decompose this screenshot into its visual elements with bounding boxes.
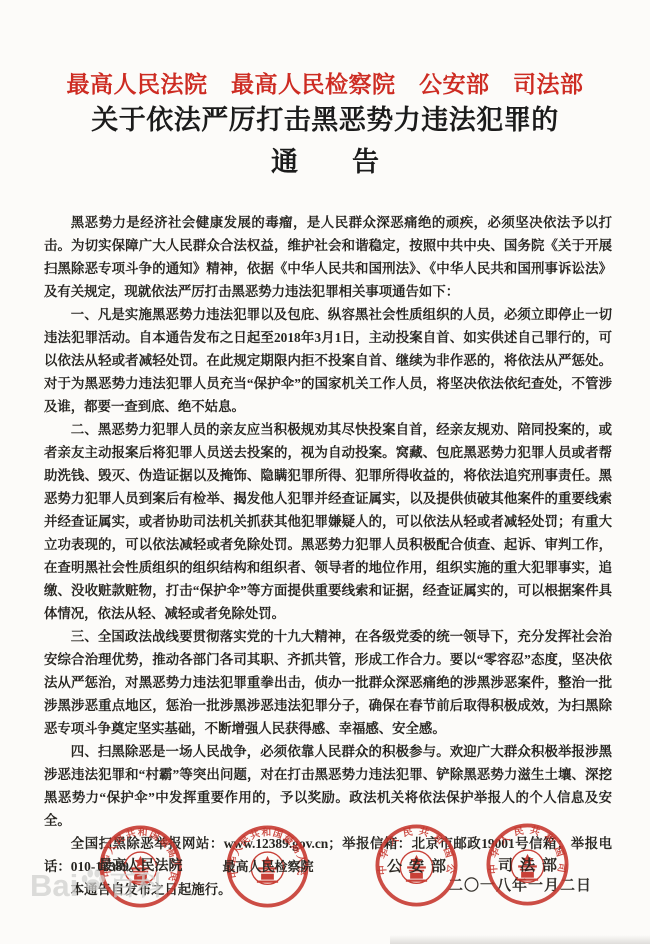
notice-paragraph-3: 三、全国政法战线要贯彻落实党的十九大精神，在各级党委的统一领导下，充分发挥社会治…	[44, 625, 612, 740]
notice-paragraph-2: 二、黑恶势力犯罪人员的亲友应当积极规劝其尽快投案自首，经亲友规劝、陪同投案的，或…	[44, 418, 612, 625]
notice-document: 最高人民法院 最高人民检察院 公安部 司法部 关于依法严厉打击黑恶势力违法犯罪的…	[0, 0, 650, 944]
procuratorate-name: 最高人民检察院	[222, 856, 314, 875]
notice-title-line1: 关于依法严厉打击黑恶势力违法犯罪的	[0, 98, 650, 137]
notice-paragraph-4: 四、扫黑除恶是一场人民战争，必须依靠人民群众的积极参与。欢迎广大群众积极举报涉黑…	[44, 740, 612, 832]
justice-ministry-name: 司法部	[485, 854, 570, 875]
notice-body: 黑恶势力是经济社会健康发展的毒瘤，是人民群众深恶痛绝的顽疾，必须坚决依法予以打击…	[44, 211, 612, 901]
issuing-agencies-line: 最高人民法院 最高人民检察院 公安部 司法部	[0, 66, 650, 99]
watermark-suffix: 百科	[109, 871, 163, 901]
page-edge-shadow	[390, 935, 650, 944]
notice-paragraph-1: 一、凡是实施黑恶势力违法犯罪以及包庇、纵容黑社会性质组织的人员，必须立即停止一切…	[44, 303, 612, 418]
paw-icon	[79, 867, 107, 895]
watermark-prefix: Bai	[30, 871, 78, 901]
notice-title-line2: 通 告	[0, 140, 650, 179]
notice-paragraph-intro: 黑恶势力是经济社会健康发展的毒瘤，是人民群众深恶痛绝的顽疾，必须坚决依法予以打击…	[44, 211, 612, 303]
baidu-baike-watermark: Bai 百科	[30, 867, 163, 901]
public-security-name: 公安部	[374, 855, 459, 876]
